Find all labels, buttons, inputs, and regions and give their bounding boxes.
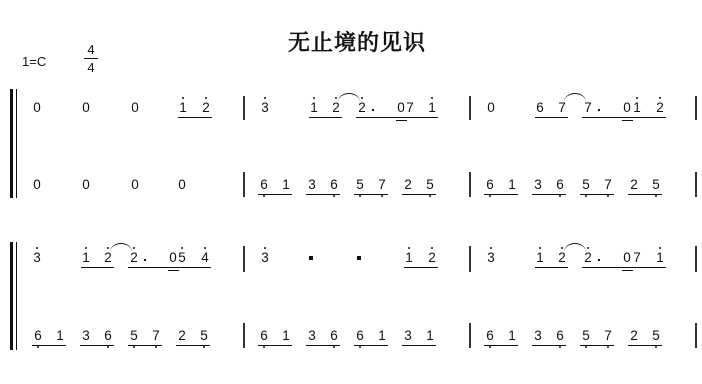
note: 3 — [532, 178, 544, 192]
note: 7 — [556, 101, 568, 115]
barline — [243, 172, 245, 197]
low-octave-dot — [429, 195, 431, 197]
note: 7 — [602, 329, 614, 343]
high-octave-dot — [313, 97, 315, 99]
high-octave-dot — [182, 97, 184, 99]
beam-underline — [402, 345, 436, 346]
low-octave-dot — [37, 346, 39, 348]
note: 2 — [628, 329, 640, 343]
high-octave-dot — [587, 247, 589, 249]
augmentation-dot — [598, 259, 600, 261]
note: 6 — [354, 329, 366, 343]
note: 5 — [580, 329, 592, 343]
song-title: 无止境的见识 — [0, 26, 702, 57]
note: 3 — [80, 329, 92, 343]
note: 6 — [32, 329, 44, 343]
beam-underline — [532, 194, 566, 195]
low-octave-dot — [381, 195, 383, 197]
time-signature-divider — [84, 58, 98, 59]
high-octave-dot — [36, 247, 38, 249]
low-octave-dot — [559, 346, 561, 348]
beam-underline — [582, 267, 624, 268]
note: 1 — [376, 329, 388, 343]
note: 5 — [128, 329, 140, 343]
note: 5 — [424, 178, 436, 192]
note: 3 — [306, 178, 318, 192]
high-octave-dot — [205, 97, 207, 99]
high-octave-dot — [85, 247, 87, 249]
barline — [243, 96, 245, 120]
beam-underline — [128, 345, 162, 346]
note: 0 — [80, 178, 92, 192]
beam-underline — [178, 117, 212, 118]
barline — [469, 246, 471, 272]
note: 0 — [31, 101, 43, 115]
note: 5 — [650, 178, 662, 192]
beam-underline — [396, 120, 407, 121]
high-octave-dot — [181, 247, 183, 249]
beam-underline — [535, 267, 568, 268]
low-octave-dot — [203, 346, 205, 348]
augmentation-dot — [144, 259, 146, 261]
note: 2 — [102, 251, 114, 265]
beam-underline — [622, 120, 633, 121]
augmentation-dot — [372, 109, 374, 111]
beam-underline — [484, 345, 518, 346]
note: 1 — [280, 178, 292, 192]
note: 5 — [354, 178, 366, 192]
note: 1 — [654, 251, 666, 265]
note: 1 — [426, 101, 438, 115]
low-octave-dot — [359, 346, 361, 348]
high-octave-dot — [490, 247, 492, 249]
beam-underline — [622, 267, 666, 268]
note: 1 — [280, 329, 292, 343]
high-octave-dot — [431, 97, 433, 99]
high-octave-dot — [335, 97, 337, 99]
note: 0 — [129, 178, 141, 192]
low-octave-dot — [607, 195, 609, 197]
note: 7 — [631, 251, 643, 265]
dash-extension — [309, 256, 313, 260]
high-octave-dot — [264, 97, 266, 99]
beam-underline — [168, 267, 211, 268]
note: 7 — [404, 101, 416, 115]
note: 7 — [150, 329, 162, 343]
dash-extension — [357, 256, 361, 260]
note: 1 — [80, 251, 92, 265]
low-octave-dot — [359, 195, 361, 197]
beam-underline — [176, 345, 210, 346]
beam-underline — [628, 345, 662, 346]
note: 7 — [376, 178, 388, 192]
double-barline-thin — [16, 242, 17, 350]
note: 5 — [650, 329, 662, 343]
note: 5 — [198, 329, 210, 343]
note: 0 — [485, 101, 497, 115]
beam-underline — [168, 270, 179, 271]
low-octave-dot — [333, 195, 335, 197]
high-octave-dot — [636, 97, 638, 99]
note: 3 — [402, 329, 414, 343]
barline — [695, 246, 697, 272]
high-octave-dot — [408, 247, 410, 249]
beam-underline — [580, 194, 614, 195]
note: 2 — [128, 251, 140, 265]
low-octave-dot — [333, 346, 335, 348]
note: 3 — [532, 329, 544, 343]
note: 3 — [306, 329, 318, 343]
note: 7 — [602, 178, 614, 192]
double-barline-thick — [10, 242, 13, 350]
barline — [469, 172, 471, 197]
note: 2 — [402, 178, 414, 192]
note: 3 — [31, 251, 43, 265]
beam-underline — [532, 345, 566, 346]
high-octave-dot — [659, 97, 661, 99]
beam-underline — [404, 267, 438, 268]
note: 6 — [258, 178, 270, 192]
note: 7 — [582, 101, 594, 115]
beam-underline — [580, 345, 614, 346]
beam-underline — [622, 270, 633, 271]
beam-underline — [80, 345, 114, 346]
beam-underline — [402, 194, 436, 195]
beam-underline — [258, 345, 292, 346]
low-octave-dot — [655, 346, 657, 348]
beam-underline — [128, 267, 170, 268]
high-octave-dot — [264, 247, 266, 249]
low-octave-dot — [489, 195, 491, 197]
note: 2 — [654, 101, 666, 115]
beam-underline — [309, 117, 342, 118]
key-signature: 1=C — [22, 54, 46, 69]
high-octave-dot — [107, 247, 109, 249]
note: 1 — [308, 101, 320, 115]
low-octave-dot — [263, 195, 265, 197]
low-octave-dot — [263, 346, 265, 348]
note: 4 — [199, 251, 211, 265]
high-octave-dot — [431, 247, 433, 249]
note: 0 — [129, 101, 141, 115]
augmentation-dot — [598, 109, 600, 111]
beam-underline — [582, 117, 624, 118]
note: 2 — [356, 101, 368, 115]
note: 6 — [554, 329, 566, 343]
low-octave-dot — [655, 195, 657, 197]
barline — [243, 246, 245, 272]
beam-underline — [628, 194, 662, 195]
low-octave-dot — [585, 195, 587, 197]
double-barline-thick — [10, 89, 13, 198]
beam-underline — [81, 267, 114, 268]
barline — [243, 323, 245, 348]
beam-underline — [32, 345, 66, 346]
low-octave-dot — [559, 195, 561, 197]
note: 1 — [177, 101, 189, 115]
beam-underline — [258, 194, 292, 195]
beam-underline — [356, 117, 398, 118]
note: 6 — [534, 101, 546, 115]
low-octave-dot — [107, 346, 109, 348]
note: 1 — [54, 329, 66, 343]
low-octave-dot — [585, 346, 587, 348]
high-octave-dot — [561, 247, 563, 249]
barline — [469, 96, 471, 120]
high-octave-dot — [204, 247, 206, 249]
time-signature-numerator: 4 — [87, 42, 94, 57]
beam-underline — [354, 194, 388, 195]
note: 6 — [328, 329, 340, 343]
beam-underline — [535, 117, 568, 118]
note: 1 — [403, 251, 415, 265]
note: 2 — [628, 178, 640, 192]
note: 6 — [328, 178, 340, 192]
note: 1 — [506, 329, 518, 343]
high-octave-dot — [361, 97, 363, 99]
note: 6 — [258, 329, 270, 343]
beam-underline — [396, 117, 438, 118]
note: 6 — [102, 329, 114, 343]
note: 1 — [424, 329, 436, 343]
beam-underline — [622, 117, 666, 118]
high-octave-dot — [659, 247, 661, 249]
note: 0 — [80, 101, 92, 115]
note: 3 — [259, 101, 271, 115]
note: 1 — [534, 251, 546, 265]
note: 0 — [31, 178, 43, 192]
beam-underline — [484, 194, 518, 195]
note: 3 — [259, 251, 271, 265]
note: 3 — [485, 251, 497, 265]
beam-underline — [354, 345, 388, 346]
note: 5 — [176, 251, 188, 265]
note: 0 — [176, 178, 188, 192]
time-signature-denominator: 4 — [87, 60, 94, 75]
low-octave-dot — [607, 346, 609, 348]
beam-underline — [306, 345, 340, 346]
note: 2 — [330, 101, 342, 115]
barline — [469, 323, 471, 348]
beam-underline — [306, 194, 340, 195]
barline — [695, 172, 697, 197]
note: 5 — [580, 178, 592, 192]
note: 2 — [426, 251, 438, 265]
note: 6 — [484, 178, 496, 192]
note: 1 — [631, 101, 643, 115]
note: 2 — [200, 101, 212, 115]
high-octave-dot — [133, 247, 135, 249]
note: 6 — [484, 329, 496, 343]
note: 6 — [554, 178, 566, 192]
note: 1 — [506, 178, 518, 192]
low-octave-dot — [133, 346, 135, 348]
note: 2 — [176, 329, 188, 343]
barline — [695, 323, 697, 348]
note: 2 — [582, 251, 594, 265]
time-signature: 4 4 — [84, 42, 98, 75]
high-octave-dot — [539, 247, 541, 249]
barline — [695, 96, 697, 120]
note: 2 — [556, 251, 568, 265]
low-octave-dot — [489, 346, 491, 348]
double-barline-thin — [16, 89, 17, 198]
low-octave-dot — [155, 346, 157, 348]
